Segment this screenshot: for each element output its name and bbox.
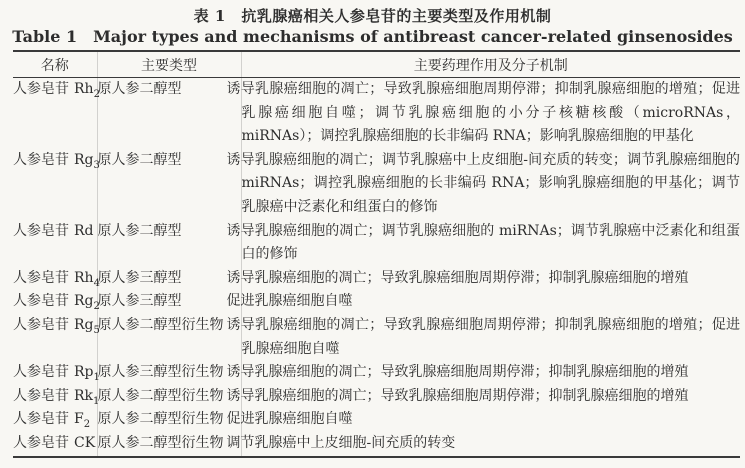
name-code: Rg xyxy=(74,293,94,309)
ginsenoside-mechanism-cell: 促进乳腺癌细胞自噬 xyxy=(241,408,740,432)
ginsenoside-mechanism-cell: 诱导乳腺癌细胞的凋亡；导致乳腺癌细胞周期停滞；抑制乳腺癌细胞的增殖；促进乳腺癌细… xyxy=(241,78,740,149)
name-subscript: 2 xyxy=(84,419,90,430)
ginsenoside-name-cell: 人参皂苷Rg5 xyxy=(13,314,97,361)
name-prefix: 人参皂苷 xyxy=(13,270,69,286)
name-code: Rg xyxy=(74,317,94,333)
ginsenoside-name-cell: 人参皂苷Rk1 xyxy=(13,385,97,409)
table-row: 人参皂苷Rg5 原人参二醇型衍生物 诱导乳腺癌细胞的凋亡；导致乳腺癌细胞周期停滞… xyxy=(13,314,740,361)
name-prefix: 人参皂苷 xyxy=(13,388,69,404)
table-header-row: 名称 主要类型 主要药理作用及分子机制 xyxy=(13,51,740,78)
table-row: 人参皂苷F2 原人参二醇型衍生物 促进乳腺癌细胞自噬 xyxy=(13,408,740,432)
table-row: 人参皂苷Rh4 原人参三醇型 诱导乳腺癌细胞的凋亡；导致乳腺癌细胞周期停滞；抑制… xyxy=(13,267,740,291)
name-prefix: 人参皂苷 xyxy=(13,317,69,333)
name-code: F xyxy=(74,411,84,427)
ginsenoside-mechanism-cell: 诱导乳腺癌细胞的凋亡；导致乳腺癌细胞周期停滞；抑制乳腺癌细胞的增殖 xyxy=(241,267,740,291)
table-row: 人参皂苷Rh2 原人参二醇型 诱导乳腺癌细胞的凋亡；导致乳腺癌细胞周期停滞；抑制… xyxy=(13,78,740,149)
name-prefix: 人参皂苷 xyxy=(13,364,69,380)
ginsenoside-type-cell: 原人参二醇型衍生物 xyxy=(97,408,241,432)
ginsenoside-type-cell: 原人参三醇型 xyxy=(97,267,241,291)
ginsenoside-mechanism-cell: 诱导乳腺癌细胞的凋亡；调节乳腺癌中上皮细胞-间充质的转变；调节乳腺癌细胞的 mi… xyxy=(241,149,740,220)
ginsenoside-mechanism-cell: 诱导乳腺癌细胞的凋亡；导致乳腺癌细胞周期停滞；抑制乳腺癌细胞的增殖；促进乳腺癌细… xyxy=(241,314,740,361)
table-body: 人参皂苷Rh2 原人参二醇型 诱导乳腺癌细胞的凋亡；导致乳腺癌细胞周期停滞；抑制… xyxy=(13,78,740,457)
ginsenoside-type-cell: 原人参二醇型衍生物 xyxy=(97,385,241,409)
name-code: Rk xyxy=(74,388,93,404)
ginsenoside-name-cell: 人参皂苷Rg3 xyxy=(13,149,97,220)
ginsenosides-table: 名称 主要类型 主要药理作用及分子机制 人参皂苷Rh2 原人参二醇型 诱导乳腺癌… xyxy=(13,50,740,458)
name-prefix: 人参皂苷 xyxy=(13,435,69,451)
table-row: 人参皂苷Rg2 原人参三醇型 促进乳腺癌细胞自噬 xyxy=(13,290,740,314)
ginsenoside-name-cell: 人参皂苷Rg2 xyxy=(13,290,97,314)
name-code: Rd xyxy=(74,223,94,239)
ginsenoside-type-cell: 原人参三醇型 xyxy=(97,290,241,314)
ginsenoside-name-cell: 人参皂苷Rh2 xyxy=(13,78,97,149)
col-header-type: 主要类型 xyxy=(97,51,241,78)
name-prefix: 人参皂苷 xyxy=(13,293,69,309)
ginsenoside-type-cell: 原人参二醇型 xyxy=(97,78,241,149)
ginsenoside-type-cell: 原人参二醇型 xyxy=(97,220,241,267)
ginsenoside-name-cell: 人参皂苷Rh4 xyxy=(13,267,97,291)
ginsenoside-mechanism-cell: 促进乳腺癌细胞自噬 xyxy=(241,290,740,314)
name-code: Rh xyxy=(74,270,94,286)
ginsenoside-mechanism-cell: 诱导乳腺癌细胞的凋亡；导致乳腺癌细胞周期停滞；抑制乳腺癌细胞的增殖 xyxy=(241,385,740,409)
ginsenoside-type-cell: 原人参三醇型衍生物 xyxy=(97,361,241,385)
name-code: Rh xyxy=(74,81,94,97)
name-prefix: 人参皂苷 xyxy=(13,81,69,97)
journal-table-page: 表 1 抗乳腺癌相关人参皂苷的主要类型及作用机制 Table 1 Major t… xyxy=(0,0,745,468)
name-prefix: 人参皂苷 xyxy=(13,223,69,239)
ginsenoside-name-cell: 人参皂苷CK xyxy=(13,432,97,457)
ginsenoside-type-cell: 原人参二醇型衍生物 xyxy=(97,432,241,457)
ginsenoside-name-cell: 人参皂苷Rd xyxy=(13,220,97,267)
name-prefix: 人参皂苷 xyxy=(13,411,69,427)
table-title-zh: 表 1 抗乳腺癌相关人参皂苷的主要类型及作用机制 xyxy=(0,0,745,26)
table-row: 人参皂苷Rk1 原人参二醇型衍生物 诱导乳腺癌细胞的凋亡；导致乳腺癌细胞周期停滞… xyxy=(13,385,740,409)
ginsenoside-name-cell: 人参皂苷Rp1 xyxy=(13,361,97,385)
ginsenoside-type-cell: 原人参二醇型 xyxy=(97,149,241,220)
ginsenoside-mechanism-cell: 诱导乳腺癌细胞的凋亡；导致乳腺癌细胞周期停滞；抑制乳腺癌细胞的增殖 xyxy=(241,361,740,385)
table-row: 人参皂苷Rd 原人参二醇型 诱导乳腺癌细胞的凋亡；调节乳腺癌细胞的 miRNAs… xyxy=(13,220,740,267)
ginsenoside-type-cell: 原人参二醇型衍生物 xyxy=(97,314,241,361)
col-header-mechanism: 主要药理作用及分子机制 xyxy=(241,51,740,78)
table-title-en: Table 1 Major types and mechanisms of an… xyxy=(0,26,745,48)
ginsenoside-name-cell: 人参皂苷F2 xyxy=(13,408,97,432)
table-row: 人参皂苷Rp1 原人参三醇型衍生物 诱导乳腺癌细胞的凋亡；导致乳腺癌细胞周期停滞… xyxy=(13,361,740,385)
name-code: Rg xyxy=(74,152,94,168)
ginsenoside-mechanism-cell: 诱导乳腺癌细胞的凋亡；调节乳腺癌细胞的 miRNAs；调节乳腺癌中泛素化和组蛋白… xyxy=(241,220,740,267)
name-code: Rp xyxy=(74,364,94,380)
name-prefix: 人参皂苷 xyxy=(13,152,69,168)
name-code: CK xyxy=(74,435,95,451)
table-row: 人参皂苷CK 原人参二醇型衍生物 调节乳腺癌中上皮细胞-间充质的转变 xyxy=(13,432,740,457)
col-header-name: 名称 xyxy=(13,51,97,78)
ginsenoside-mechanism-cell: 调节乳腺癌中上皮细胞-间充质的转变 xyxy=(241,432,740,457)
table-row: 人参皂苷Rg3 原人参二醇型 诱导乳腺癌细胞的凋亡；调节乳腺癌中上皮细胞-间充质… xyxy=(13,149,740,220)
